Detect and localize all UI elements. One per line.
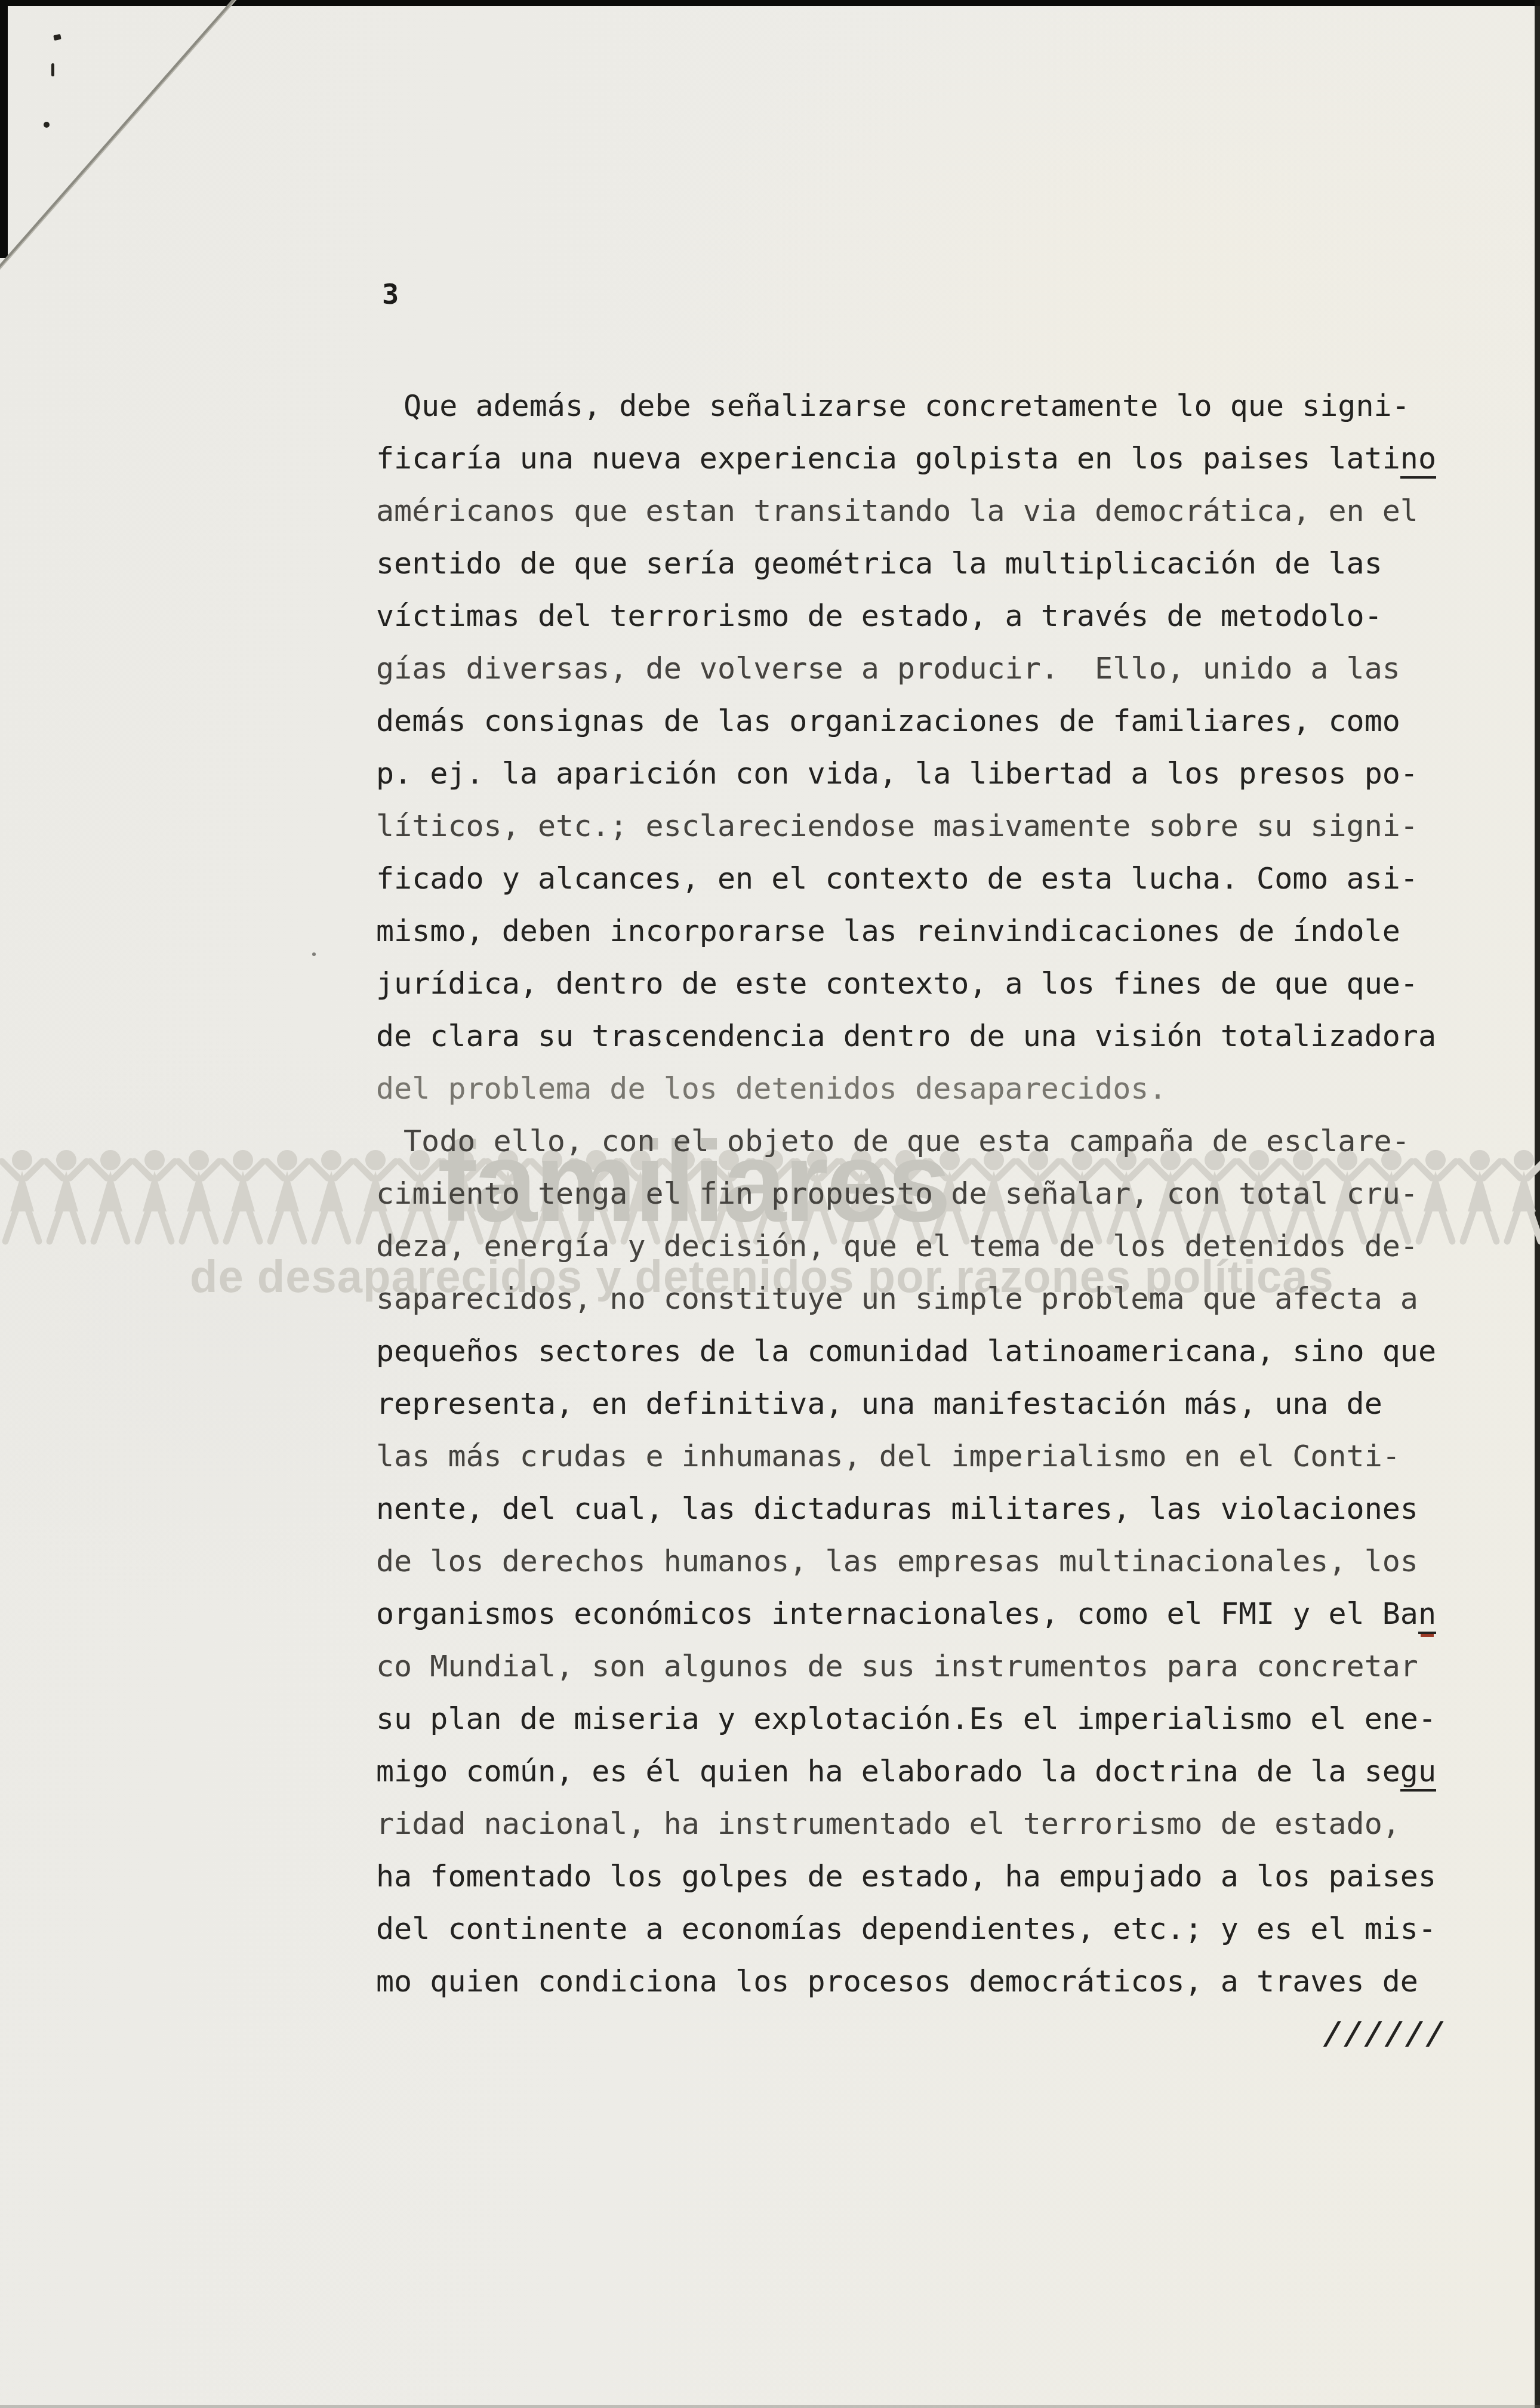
typed-line: deza, energía y decisión, que el tema de…: [376, 1220, 1446, 1272]
typed-segment: gías diversas, de volverse a producir. E…: [376, 651, 1400, 686]
end-of-page-slash-mark: //////: [373, 2008, 1448, 2060]
typed-text-block: Que además, debe señalizarse concretamen…: [376, 380, 1446, 2008]
typed-segment: demás consignas de las organizaciones de…: [376, 704, 1400, 738]
typed-line: sentido de que sería geométrica la multi…: [376, 537, 1446, 590]
typed-line: las más crudas e inhumanas, del imperial…: [376, 1430, 1446, 1482]
ink-speck: [312, 952, 316, 956]
typed-line: demás consignas de las organizaciones de…: [376, 695, 1446, 747]
typed-segment: del continente a economías dependientes,…: [376, 1911, 1436, 1946]
typed-line: Que además, debe señalizarse concretamen…: [376, 380, 1446, 432]
scanned-document-page: { "document": { "page_number": "3", "tra…: [0, 0, 1540, 2408]
typed-segment: de los derechos humanos, las empresas mu…: [376, 1544, 1418, 1578]
typed-segment: cimiento tenga el fin propuesto de señal…: [376, 1176, 1418, 1211]
typed-line: migo común, es él quien ha elaborado la …: [376, 1745, 1446, 1797]
typed-segment: su plan de miseria y explotación.Es el i…: [376, 1701, 1436, 1736]
typed-segment: ficado y alcances, en el contexto de est…: [376, 861, 1418, 896]
typed-line: de los derechos humanos, las empresas mu…: [376, 1535, 1446, 1587]
typed-line: Todo ello, con el objeto de que esta cam…: [376, 1115, 1446, 1167]
typed-segment: organismos económicos internacionales, c…: [376, 1596, 1418, 1631]
typed-line: representa, en definitiva, una manifesta…: [376, 1377, 1446, 1430]
typed-segment: del problema de los detenidos desapareci…: [376, 1071, 1167, 1106]
typed-segment-underlined: no: [1400, 441, 1436, 479]
typed-segment: Todo ello, con el objeto de que esta cam…: [404, 1124, 1410, 1158]
typed-line: de clara su trascendencia dentro de una …: [376, 1010, 1446, 1062]
typed-segment: américanos que estan transitando la via …: [376, 494, 1418, 528]
typed-line: ha fomentado los golpes de estado, ha em…: [376, 1850, 1446, 1903]
typed-segment: mo quien condiciona los procesos democrá…: [376, 1964, 1418, 1999]
typed-line: del continente a economías dependientes,…: [376, 1903, 1446, 1955]
scan-edge-left: [0, 0, 8, 258]
typed-line: p. ej. la aparición con vida, la liberta…: [376, 747, 1446, 800]
typed-line: mo quien condiciona los procesos democrá…: [376, 1955, 1446, 2008]
typed-segment: saparecidos, no constituye un simple pro…: [376, 1281, 1418, 1316]
typed-segment-underlined: n: [1418, 1596, 1436, 1634]
typed-line: del problema de los detenidos desapareci…: [376, 1062, 1446, 1115]
typed-line: saparecidos, no constituye un simple pro…: [376, 1272, 1446, 1325]
typed-line: su plan de miseria y explotación.Es el i…: [376, 1692, 1446, 1745]
typed-segment: pequeños sectores de la comunidad latino…: [376, 1334, 1436, 1368]
typed-line: ficado y alcances, en el contexto de est…: [376, 852, 1446, 905]
ink-speck: [51, 63, 54, 76]
typed-line: pequeños sectores de la comunidad latino…: [376, 1325, 1446, 1377]
typed-segment: jurídica, dentro de este contexto, a los…: [376, 966, 1418, 1001]
typed-line: mismo, deben incorporarse las reinvindic…: [376, 905, 1446, 957]
typed-line: víctimas del terrorismo de estado, a tra…: [376, 590, 1446, 642]
scan-edge-bottom: [0, 2405, 1540, 2408]
typed-segment: nente, del cual, las dictaduras militare…: [376, 1491, 1418, 1526]
typed-segment: migo común, es él quien ha elaborado la …: [376, 1754, 1400, 1789]
typed-segment: ficaría una nueva experiencia golpista e…: [376, 441, 1400, 476]
typed-line: líticos, etc.; esclareciendose masivamen…: [376, 800, 1446, 852]
typed-segment: deza, energía y decisión, que el tema de…: [376, 1229, 1418, 1263]
typed-segment: co Mundial, son algunos de sus instrumen…: [376, 1649, 1418, 1684]
typed-segment: las más crudas e inhumanas, del imperial…: [376, 1439, 1400, 1473]
typed-line: ridad nacional, ha instrumentado el terr…: [376, 1797, 1446, 1850]
page-number: 3: [382, 278, 399, 311]
typed-segment: ha fomentado los golpes de estado, ha em…: [376, 1859, 1436, 1894]
typed-line: ficaría una nueva experiencia golpista e…: [376, 432, 1446, 485]
typed-line: co Mundial, son algunos de sus instrumen…: [376, 1640, 1446, 1692]
typed-line: américanos que estan transitando la via …: [376, 485, 1446, 537]
typed-segment: mismo, deben incorporarse las reinvindic…: [376, 914, 1400, 948]
scan-edge-top: [0, 0, 1540, 6]
typed-line: nente, del cual, las dictaduras militare…: [376, 1482, 1446, 1535]
typed-segment: ridad nacional, ha instrumentado el terr…: [376, 1806, 1400, 1841]
typed-segment-underlined: gu: [1400, 1754, 1436, 1792]
typed-segment: representa, en definitiva, una manifesta…: [376, 1386, 1382, 1421]
typed-segment: p. ej. la aparición con vida, la liberta…: [376, 756, 1418, 791]
typed-segment: sentido de que sería geométrica la multi…: [376, 546, 1382, 581]
typed-line: organismos económicos internacionales, c…: [376, 1587, 1446, 1640]
typed-segment: Que además, debe señalizarse concretamen…: [404, 389, 1410, 423]
typed-line: jurídica, dentro de este contexto, a los…: [376, 957, 1446, 1010]
typed-segment: líticos, etc.; esclareciendose masivamen…: [376, 809, 1418, 843]
typed-line: gías diversas, de volverse a producir. E…: [376, 642, 1446, 695]
ink-speck: [44, 122, 50, 128]
typed-line: cimiento tenga el fin propuesto de señal…: [376, 1167, 1446, 1220]
typed-segment: víctimas del terrorismo de estado, a tra…: [376, 599, 1382, 633]
typed-segment: de clara su trascendencia dentro de una …: [376, 1019, 1436, 1053]
